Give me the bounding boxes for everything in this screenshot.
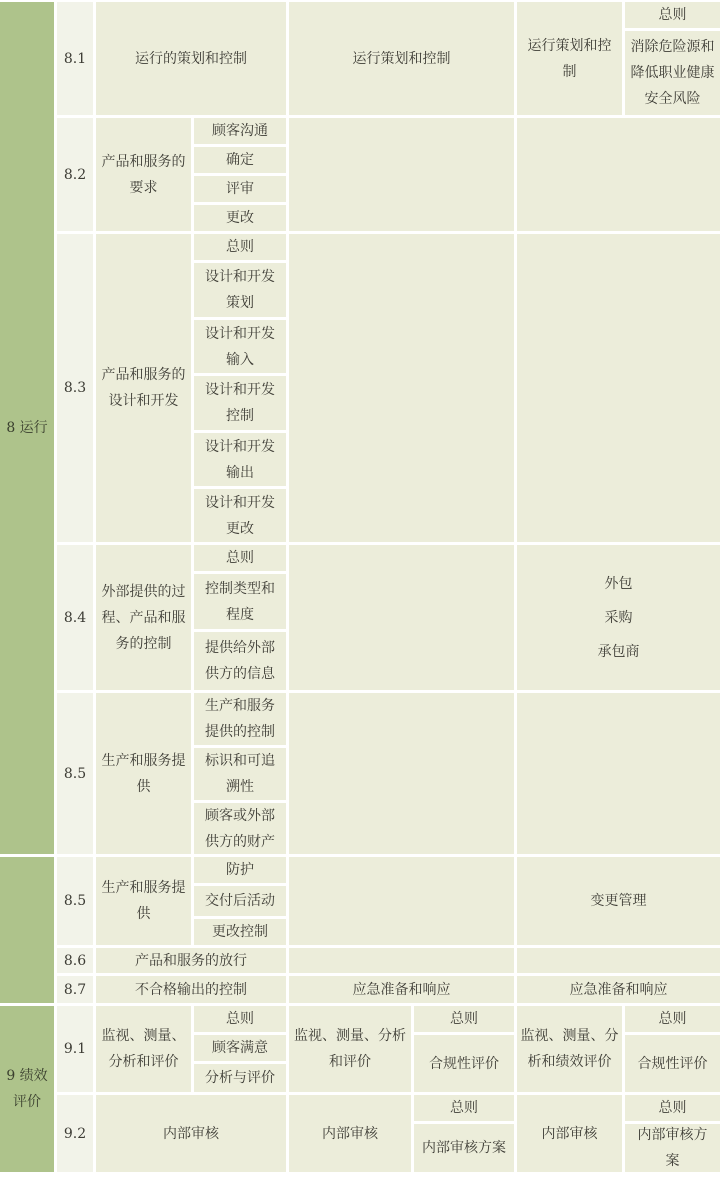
clause-number-8-2: 8.2 bbox=[57, 118, 93, 231]
qms-8-5b-sub-2: 更改控制 bbox=[194, 919, 286, 945]
ohs-8-1-sub-0: 总则 bbox=[625, 2, 720, 28]
clause-number-8-3: 8.3 bbox=[57, 234, 93, 542]
ems-8-6-empty bbox=[289, 948, 514, 973]
qms-8-4-sub-0: 总则 bbox=[194, 545, 286, 571]
ohs-9-1-sub-1: 合规性评价 bbox=[625, 1035, 720, 1092]
qms-8-3-sub-4: 设计和开发 输出 bbox=[194, 433, 286, 486]
ems-8-7-title: 应急准备和响应 bbox=[289, 976, 514, 1003]
qms-8-5a-sub-1: 标识和可追 溯性 bbox=[194, 748, 286, 800]
qms-8-5a-sub-0: 生产和服务 提供的控制 bbox=[194, 693, 286, 745]
qms-9-1-title: 监视、测量、 分析和评价 bbox=[96, 1006, 191, 1092]
ohs-8-4-keywords: 外包 采购 承包商 bbox=[517, 545, 720, 690]
qms-8-3-sub-3: 设计和开发 控制 bbox=[194, 376, 286, 430]
qms-8-2-sub-0: 顾客沟通 bbox=[194, 118, 286, 144]
ohs-8-1-title: 运行策划和控 制 bbox=[517, 2, 622, 115]
clause-number-8-4: 8.4 bbox=[57, 545, 93, 690]
qms-9-1-sub-2: 分析与评价 bbox=[194, 1064, 286, 1092]
qms-8-2-title: 产品和服务的 要求 bbox=[96, 118, 191, 231]
qms-8-4-sub-1: 控制类型和 程度 bbox=[194, 574, 286, 629]
qms-8-5b-title: 生产和服务提 供 bbox=[96, 857, 191, 945]
qms-9-1-sub-0: 总则 bbox=[194, 1006, 286, 1032]
qms-8-4-title: 外部提供的过 程、产品和服 务的控制 bbox=[96, 545, 191, 690]
ems-8-4-empty bbox=[289, 545, 514, 690]
ems-9-1-sub-1: 合规性评价 bbox=[414, 1035, 514, 1092]
qms-8-5b-sub-0: 防护 bbox=[194, 857, 286, 883]
ohs-8-3-empty bbox=[517, 234, 720, 542]
ems-9-1-sub-0: 总则 bbox=[414, 1006, 514, 1032]
ohs-9-1-sub-0: 总则 bbox=[625, 1006, 720, 1032]
ems-8-2-empty bbox=[289, 118, 514, 231]
ohs-9-1-title: 监视、测量、分 析和绩效评价 bbox=[517, 1006, 622, 1092]
ems-8-1-title: 运行策划和控制 bbox=[289, 2, 514, 115]
clause-comparison-table: 8 运行 9 绩效 评价 8.1 8.2 8.3 8.4 8.5 8.5 8.6… bbox=[0, 0, 717, 1172]
clause-number-8-7: 8.7 bbox=[57, 976, 93, 1003]
ohs-8-1-sub-1: 消除危险源和 降低职业健康 安全风险 bbox=[625, 31, 720, 115]
qms-8-3-sub-2: 设计和开发 输入 bbox=[194, 320, 286, 373]
ems-9-2-sub-0: 总则 bbox=[414, 1095, 514, 1121]
ems-8-3-empty bbox=[289, 234, 514, 542]
ems-9-1-title: 监视、测量、分析 和评价 bbox=[289, 1006, 411, 1092]
qms-8-3-sub-5: 设计和开发 更改 bbox=[194, 489, 286, 542]
clause-number-8-6: 8.6 bbox=[57, 948, 93, 973]
qms-9-1-sub-1: 顾客满意 bbox=[194, 1035, 286, 1061]
group-9-performance: 9 绩效 评价 bbox=[0, 1006, 54, 1172]
qms-8-7-title: 不合格输出的控制 bbox=[96, 976, 286, 1003]
qms-8-3-sub-1: 设计和开发 策划 bbox=[194, 263, 286, 317]
ems-9-2-sub-1: 内部审核方案 bbox=[414, 1124, 514, 1172]
group-8-operation: 8 运行 bbox=[0, 2, 54, 854]
clause-number-8-5a: 8.5 bbox=[57, 693, 93, 854]
qms-8-2-sub-1: 确定 bbox=[194, 147, 286, 173]
qms-8-2-sub-2: 评审 bbox=[194, 176, 286, 202]
clause-number-9-2: 9.2 bbox=[57, 1095, 93, 1172]
qms-8-1-title: 运行的策划和控制 bbox=[96, 2, 286, 115]
qms-9-2-title: 内部审核 bbox=[96, 1095, 286, 1172]
qms-8-5a-title: 生产和服务提 供 bbox=[96, 693, 191, 854]
clause-number-8-1: 8.1 bbox=[57, 2, 93, 115]
group-8-operation-continued bbox=[0, 857, 54, 1003]
ohs-8-2-empty bbox=[517, 118, 720, 231]
ohs-9-2-sub-1: 内部审核方 案 bbox=[625, 1124, 720, 1172]
ohs-9-2-sub-0: 总则 bbox=[625, 1095, 720, 1121]
ems-8-5b-empty bbox=[289, 857, 514, 945]
qms-8-6-title: 产品和服务的放行 bbox=[96, 948, 286, 973]
clause-number-8-5b: 8.5 bbox=[57, 857, 93, 945]
ohs-8-5b-title: 变更管理 bbox=[517, 857, 720, 945]
clause-number-9-1: 9.1 bbox=[57, 1006, 93, 1092]
ohs-8-6-empty bbox=[517, 948, 720, 973]
ohs-8-7-title: 应急准备和响应 bbox=[517, 976, 720, 1003]
qms-8-4-sub-2: 提供给外部 供方的信息 bbox=[194, 632, 286, 690]
ohs-8-5a-empty bbox=[517, 693, 720, 854]
ohs-9-2-title: 内部审核 bbox=[517, 1095, 622, 1172]
qms-8-3-title: 产品和服务的 设计和开发 bbox=[96, 234, 191, 542]
qms-8-3-sub-0: 总则 bbox=[194, 234, 286, 260]
ems-8-5a-empty bbox=[289, 693, 514, 854]
qms-8-5a-sub-2: 顾客或外部 供方的财产 bbox=[194, 803, 286, 854]
qms-8-5b-sub-1: 交付后活动 bbox=[194, 886, 286, 916]
qms-8-2-sub-3: 更改 bbox=[194, 205, 286, 231]
ems-9-2-title: 内部审核 bbox=[289, 1095, 411, 1172]
